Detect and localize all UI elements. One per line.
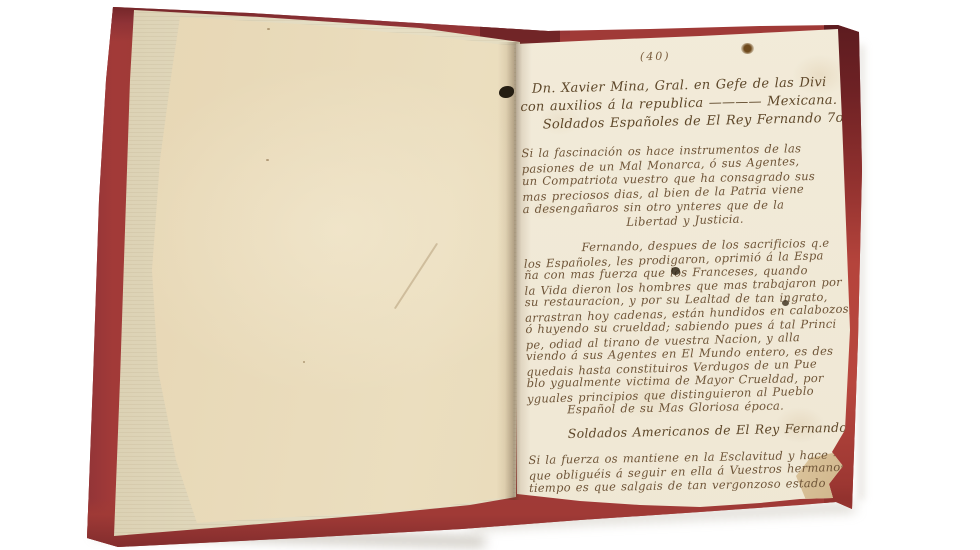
manuscript-paragraph: Fernando, despues de los sacrificios q.e… [523, 236, 851, 419]
foxing-speck [266, 159, 269, 161]
scratch-mark [394, 243, 438, 310]
manuscript-paragraph: Si la fascinación os hace instrumentos d… [521, 140, 847, 231]
gutter-shadow [496, 42, 532, 500]
manuscript-heading: Dn. Xavier Mina, Gral. en Gefe de las Di… [520, 74, 845, 135]
page-number: (40) [493, 46, 817, 66]
manuscript-paragraph: Si la fuerza os mantiene en la Esclavitu… [528, 446, 853, 495]
foxing-speck [303, 361, 305, 363]
foxing-speck [267, 28, 270, 30]
ink-blot [671, 267, 680, 275]
ink-blot [741, 43, 754, 54]
manuscript-text: (40) Dn. Xavier Mina, Gral. en Gefe de l… [519, 40, 853, 503]
manuscript-subheading: Soldados Americanos de El Rey Fernando, [528, 419, 852, 441]
manuscript-line: Español de su Mas Gloriosa época. [527, 398, 851, 417]
manuscript-photo: (40) Dn. Xavier Mina, Gral. en Gefe de l… [0, 0, 980, 550]
ink-blot [782, 300, 789, 306]
